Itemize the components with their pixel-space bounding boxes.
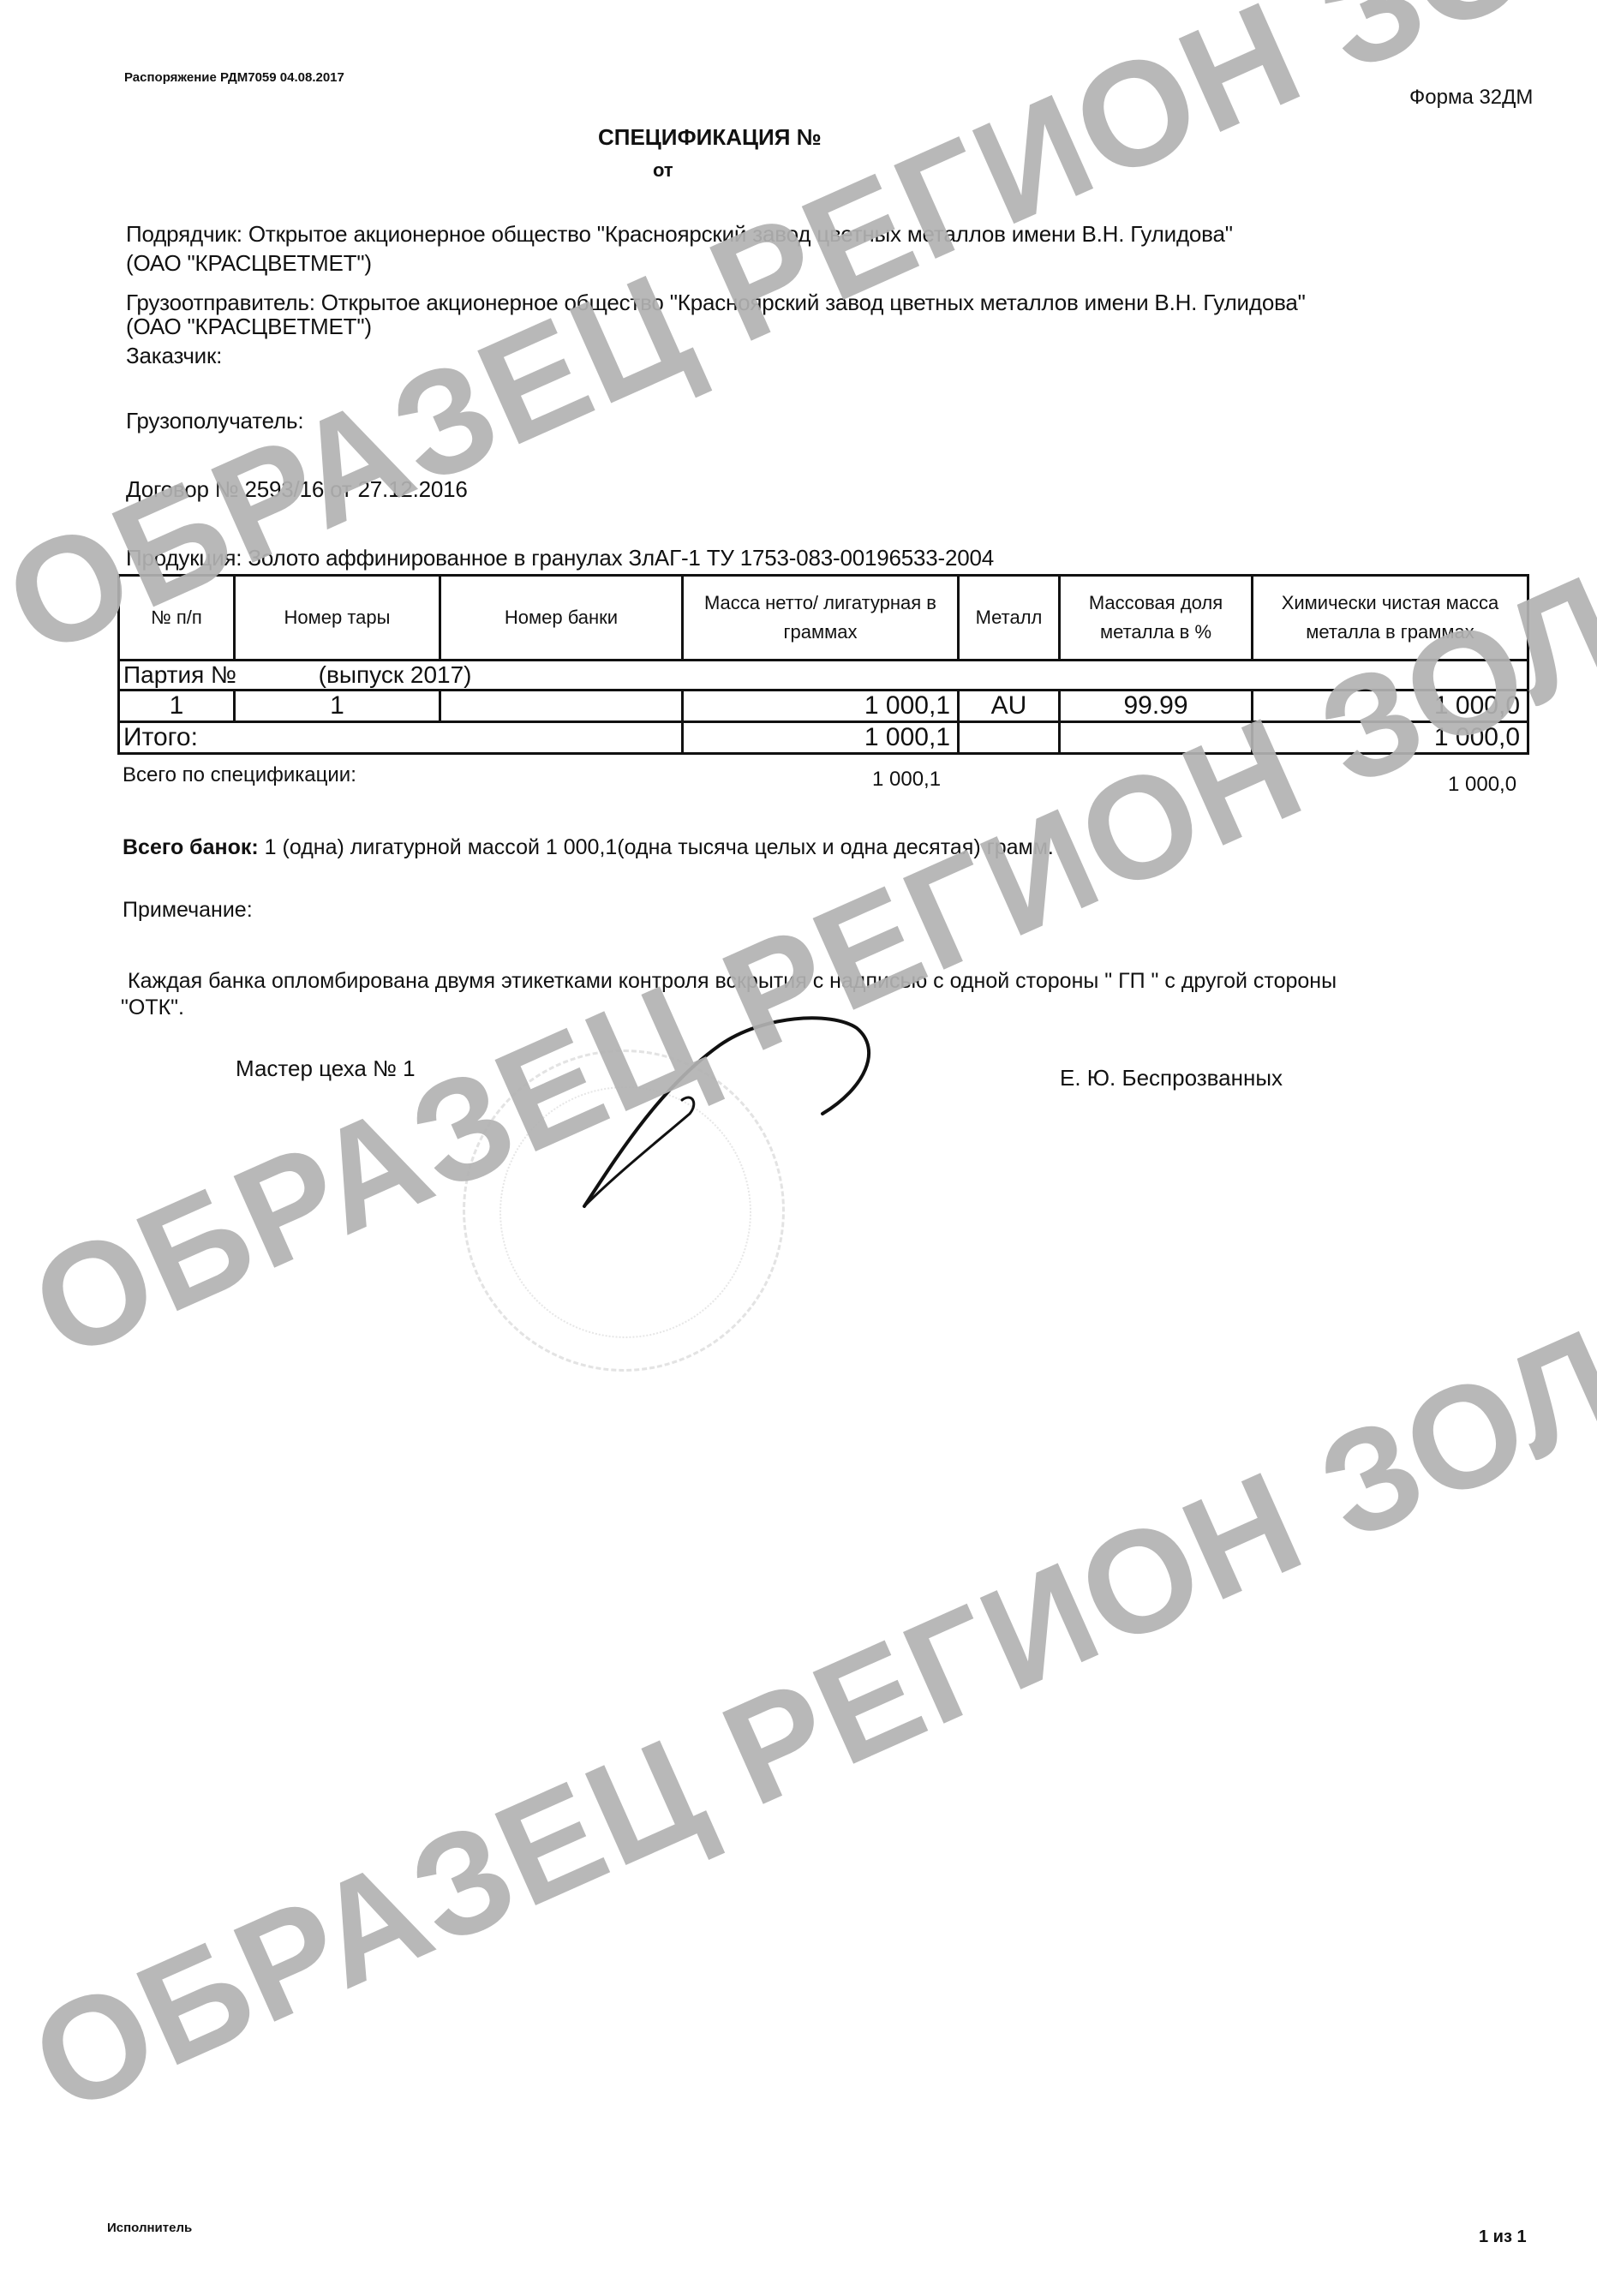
- subtotal-label: Итого:: [119, 722, 683, 754]
- jar-summary: Всего банок: 1 (одна) лигатурной массой …: [123, 835, 1054, 860]
- note-label: Примечание:: [123, 898, 253, 923]
- col-header-jar: Номер банки: [440, 576, 683, 661]
- watermark-2: ОБРАЗЕЦ РЕГИОН ЗОЛОТО: [9, 1167, 1597, 2147]
- executor-label: Исполнитель: [107, 2221, 192, 2235]
- customer-label: Заказчик:: [126, 343, 222, 369]
- table-header-row: № п/п Номер тары Номер банки Масса нетто…: [119, 576, 1528, 661]
- form-label: Форма 32ДМ: [1409, 86, 1533, 110]
- grand-total-mass: 1 000,1: [872, 768, 941, 792]
- cell-number: 1: [119, 691, 235, 722]
- subtotal-row: Итого: 1 000,1 1 000,0: [119, 722, 1528, 754]
- cell-metal: AU: [959, 691, 1060, 722]
- cell-pure-mass: 1 000,0: [1253, 691, 1528, 722]
- order-reference: Распоряжение РДМ7059 04.08.2017: [124, 70, 344, 85]
- contractor-short-name: (ОАО "КРАСЦВЕТМЕТ"): [126, 250, 372, 277]
- document-date-prefix: от: [653, 159, 673, 182]
- jar-summary-label: Всего банок:: [123, 835, 259, 859]
- shipper-line: Грузоотправитель: Открытое акционерное о…: [126, 290, 1306, 316]
- shipper-short-name: (ОАО "КРАСЦВЕТМЕТ"): [126, 314, 372, 340]
- col-header-tare: Номер тары: [235, 576, 440, 661]
- cell-mass: 1 000,1: [683, 691, 959, 722]
- table-row: 1 1 1 000,1 AU 99.99 1 000,0: [119, 691, 1528, 722]
- grand-total-pure-mass: 1 000,0: [1448, 773, 1516, 797]
- page-counter: 1 из 1: [1479, 2227, 1527, 2247]
- signature-icon: [565, 1011, 942, 1234]
- subtotal-pure-mass: 1 000,0: [1253, 722, 1528, 754]
- contractor-line: Подрядчик: Открытое акционерное общество…: [126, 221, 1233, 248]
- signer-name: Е. Ю. Беспрозванных: [1060, 1065, 1283, 1091]
- note-line-2: "ОТК".: [121, 996, 184, 1020]
- grand-total-label: Всего по спецификации:: [123, 763, 356, 787]
- specification-table: № п/п Номер тары Номер банки Масса нетто…: [117, 574, 1529, 755]
- subtotal-mass: 1 000,1: [683, 722, 959, 754]
- subtotal-metal: [959, 722, 1060, 754]
- consignee-label: Грузополучатель:: [126, 408, 303, 434]
- contract-reference: Договор № 2593/16 от 27.12.2016: [126, 476, 468, 503]
- jar-summary-text: 1 (одна) лигатурной массой 1 000,1(одна …: [259, 835, 1054, 859]
- cell-fraction: 99.99: [1060, 691, 1253, 722]
- party-release: (выпуск 2017): [319, 661, 472, 688]
- signer-position: Мастер цеха № 1: [236, 1055, 416, 1082]
- col-header-fraction: Массовая доля металла в %: [1060, 576, 1253, 661]
- document-title: СПЕЦИФИКАЦИЯ №: [598, 124, 822, 151]
- col-header-pure-mass: Химически чистая масса металла в граммах: [1253, 576, 1528, 661]
- col-header-mass: Масса нетто/ лигатурная в граммах: [683, 576, 959, 661]
- party-row: Партия № (выпуск 2017): [119, 661, 1528, 691]
- note-line-1: Каждая банка опломбирована двумя этикетк…: [128, 969, 1337, 994]
- cell-tare: 1: [235, 691, 440, 722]
- product-description: Продукция: Золото аффинированное в грану…: [126, 545, 994, 571]
- party-label: Партия №: [123, 661, 236, 688]
- col-header-metal: Металл: [959, 576, 1060, 661]
- col-header-number: № п/п: [119, 576, 235, 661]
- cell-jar: [440, 691, 683, 722]
- subtotal-fraction: [1060, 722, 1253, 754]
